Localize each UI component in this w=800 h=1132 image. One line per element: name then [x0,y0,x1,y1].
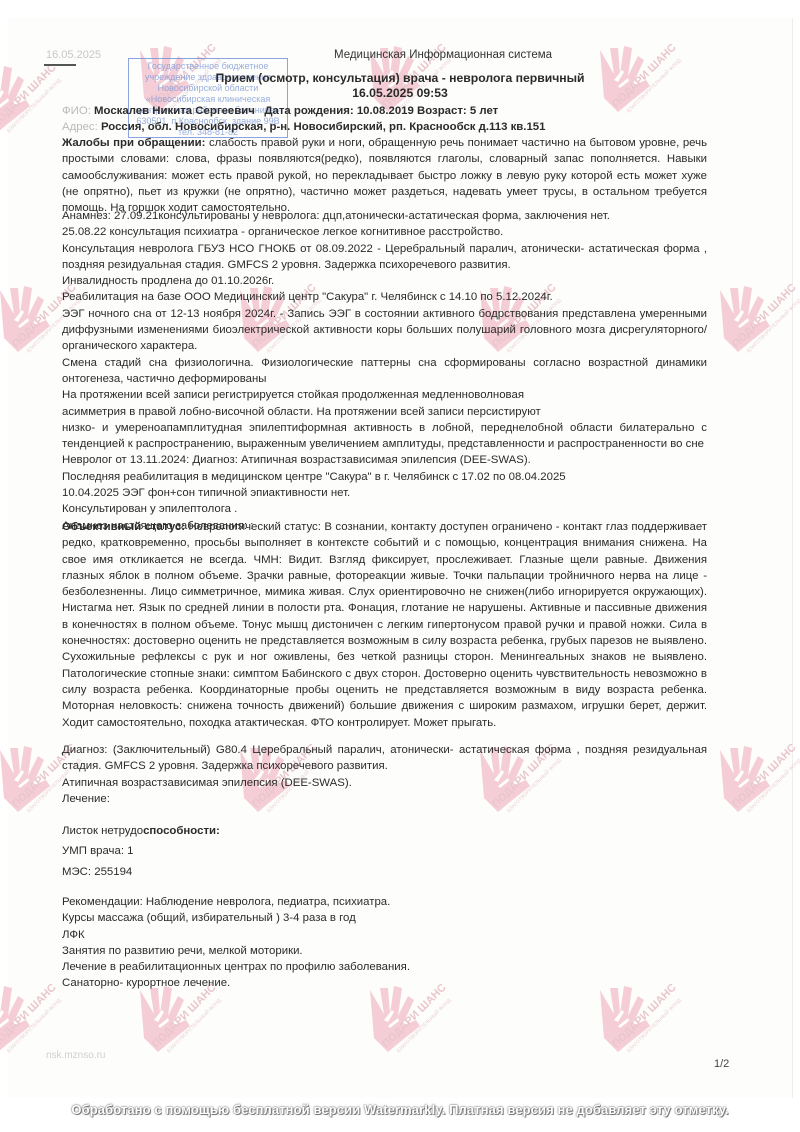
anamnesis-line: Инвалидность продлена до 01.10.2026г. [62,273,707,289]
anamnesis-line: ЭЭГ ночного сна от 12-13 ноября 2024г. -… [62,306,707,355]
objective-label: Объективный статус: [62,521,185,533]
system-title: Медицинская Информационная система [334,49,552,61]
anamnesis-line: низко- и умереноапамплитудная эпилептифо… [62,420,707,453]
anamnesis-line: 10.04.2025 ЭЭГ фон+сон типичной эпиактив… [62,485,707,501]
disability-label: Листок нетрудо [62,825,143,837]
anamnesis-line: Реабилитация на базе ООО Медицинский цен… [62,289,707,305]
anamnesis-line: асимметрия в правой лобно-височной облас… [62,404,707,420]
anamnesis-line: Последняя реабилитация в медицинском цен… [62,469,707,485]
recommendation-line: Санаторно- курортное лечение. [62,975,707,991]
print-date: 16.05.2025 [46,49,101,61]
recommendations-section: Рекомендации: Наблюдение невролога, педи… [62,894,707,992]
anamnesis-line: Консультация невролога ГБУЗ НСО ГНОКБ от… [62,241,707,274]
dob-value: 10.08.2019 [357,105,414,117]
mes-value: МЭС: 255194 [62,864,707,880]
document-title: Прием (осмотр, консультация) врача - нев… [0,71,800,85]
complaints-label: Жалобы при обращении: [62,137,205,149]
name-label: ФИО: [62,105,91,117]
address-value: Россия, обл. Новосибирская, р-н. Новосиб… [101,121,546,133]
anamnesis-line: Консультирован у эпилептолога . [62,501,707,517]
document-datetime: 16.05.2025 09:53 [0,86,800,100]
umip-value: УМП врача: 1 [62,843,707,859]
recommendation-line: ЛФК [62,927,707,943]
recommendation-line: Лечение в реабилитационных центрах по пр… [62,959,707,975]
header-dash [44,64,76,66]
patient-name: Москалев Никита Сергеевич [94,105,255,117]
disability-label-bold: способности: [143,825,220,837]
watermark-notice: Обработано с помощью бесплатной версии W… [0,1102,800,1117]
treatment-label: Лечение: [62,791,707,807]
objective-text: Неврологический статус: В сознании, конт… [62,521,707,729]
diagnosis-line: Атипичная возрастзависимая эпилепсия (DE… [62,775,707,791]
objective-section: Объективный статус: Неврологический стат… [62,519,707,731]
diagnosis-line: Диагноз: (Заключительный) G80.4 Церебрал… [62,742,707,775]
anamnesis-line: Анамнез: 27.09.21консультированы у невро… [62,208,707,224]
anamnesis-line: На протяжении всей записи регистрируется… [62,387,707,403]
recommendation-line: Курсы массажа (общий, избирательный ) 3-… [62,910,707,926]
anamnesis-line: Смена стадий сна физиологична. Физиологи… [62,355,707,388]
page-number: 1/2 [714,1058,729,1070]
patient-info: ФИО: Москалев Никита Сергеевич Дата рожд… [62,103,707,136]
anamnesis-line: Невролог от 13.11.2024: Диагноз: Атипичн… [62,452,707,468]
dob-label: Дата рождения: [264,105,353,117]
anamnesis-section: Анамнез: 27.09.21консультированы у невро… [62,208,707,534]
diagnosis-section: Диагноз: (Заключительный) G80.4 Церебрал… [62,742,707,880]
footer-url: nsk.mznso.ru [46,1050,105,1061]
age-label: Возраст: [417,105,467,117]
anamnesis-line: 25.08.22 консультация психиатра - органи… [62,224,707,240]
recommendation-line: Занятия по развитию речи, мелкой моторик… [62,943,707,959]
address-label: Адрес: [62,121,98,133]
recommendation-line: Рекомендации: Наблюдение невролога, педи… [62,894,707,910]
age-value: 5 лет [470,105,498,117]
complaints-section: Жалобы при обращении: слабость правой ру… [62,135,707,216]
